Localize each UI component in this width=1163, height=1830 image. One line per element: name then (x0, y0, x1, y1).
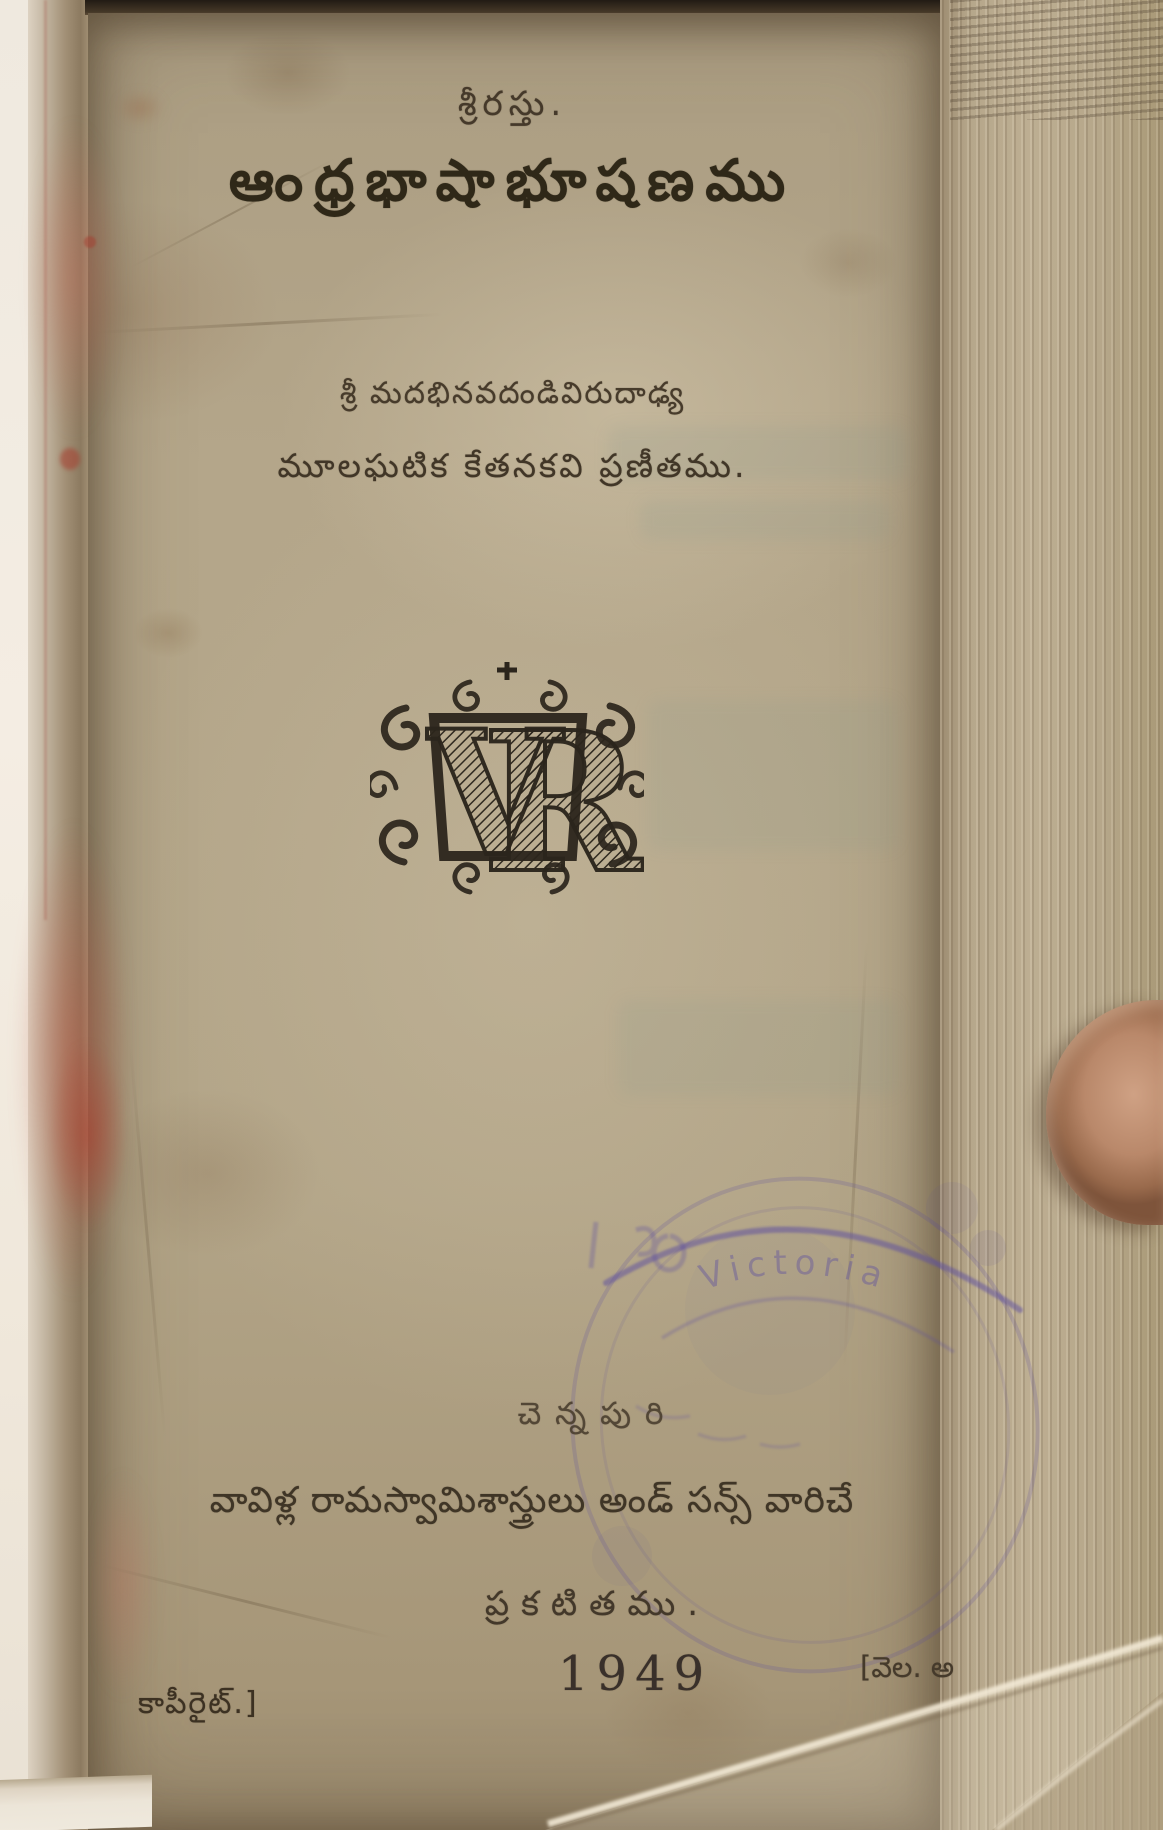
red-stain-dot (60, 448, 80, 470)
city-line: చెన్నపురి (170, 1396, 1025, 1439)
book-title: ఆంధ్రభాషాభూషణము (85, 148, 940, 228)
backing-page-bottom-edge (0, 1775, 152, 1830)
showthrough-ghost-text (648, 700, 898, 850)
year-text: 1949 (558, 1646, 712, 1702)
published-word: ప్రకటితము. (170, 1584, 1025, 1632)
monogram-letter-r: R (482, 691, 643, 916)
copyright-note: కాపీరైట్.] (138, 1686, 259, 1728)
red-stain-dot (84, 236, 96, 248)
price-note: [వెల. అ (860, 1650, 954, 1692)
showthrough-ghost-text (618, 1000, 898, 1095)
showthrough-ghost-text (640, 500, 890, 540)
scanned-book-title-page: శ్రీరస్తు. ఆంధ్రభాషాభూషణము శ్రీ మదభినవదం… (0, 0, 1163, 1830)
printers-monogram: V R (370, 646, 644, 924)
spine-stain-line (44, 0, 47, 920)
monogram-finial (497, 662, 517, 680)
author-epithet-line: శ్రీ మదభినవదండివిరుదాఢ్య (85, 376, 940, 418)
page-edges-right (940, 0, 1163, 1830)
red-stain (48, 1040, 128, 1230)
invocation-text: శ్రీరస్తు. (85, 84, 940, 132)
publisher-line: వావిళ్ల రామస్వామిశాస్త్రులు అండ్ సన్స్ వ… (102, 1480, 962, 1530)
author-name-line: మూలఘటిక కేతనకవి ప్రణీతము. (85, 446, 940, 493)
page-edges-top-right (950, 0, 1163, 120)
